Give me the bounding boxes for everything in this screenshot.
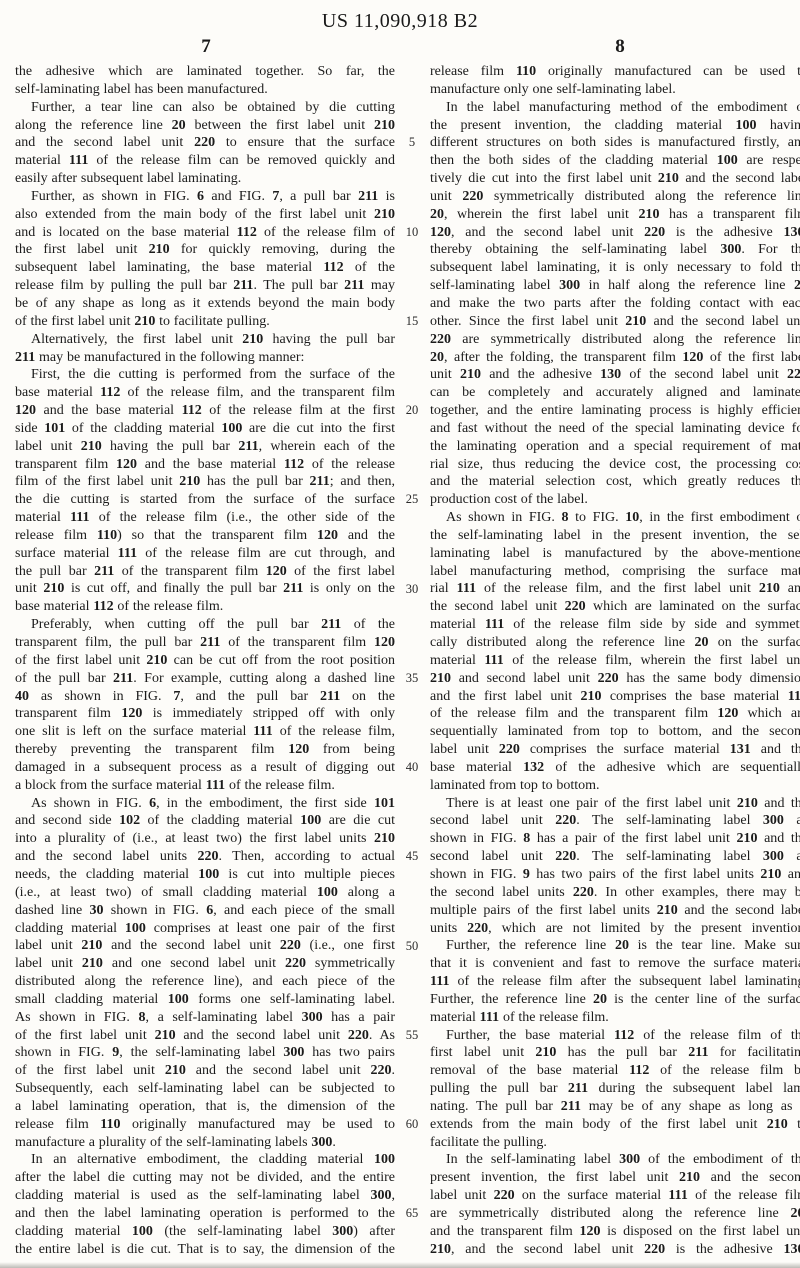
patent-page: US 11,090,918 B2 7 8 the adhesive which … — [0, 0, 800, 1268]
text-line: of the release film and the transparent … — [430, 705, 800, 723]
text-line: a block from the surface material 111 of… — [15, 777, 395, 795]
text-line: removal of the base material 112 of the … — [430, 1062, 800, 1080]
text-line: As shown in FIG. 6, in the embodiment, t… — [15, 795, 395, 813]
text-line: and second side 102 of the cladding mate… — [15, 812, 395, 830]
text-line: base material 132 of the adhesive which … — [430, 759, 800, 777]
gutter-line-number: 60 — [396, 1116, 428, 1134]
text-line: production cost of the label. — [430, 491, 800, 509]
text-line: unit 210 is cut off, and finally the pul… — [15, 580, 395, 598]
text-line: cally distributed along the reference li… — [430, 634, 800, 652]
text-line: subsequent label laminating, the base ma… — [15, 259, 395, 277]
gutter-line-number: 40 — [396, 759, 428, 777]
text-line: cladding material 100 (the self-laminati… — [15, 1223, 395, 1241]
text-line: together, and the entire laminating proc… — [430, 402, 800, 420]
text-line: be of any shape as long as it extends be… — [15, 295, 395, 313]
text-line: also extended from the main body of the … — [15, 206, 395, 224]
text-line: material 111 of the release film. — [430, 1009, 800, 1027]
text-line: Further, a tear line can also be obtaine… — [15, 99, 395, 117]
gutter-line-number: 5 — [396, 134, 428, 152]
text-line: a label laminating operation, that is, t… — [15, 1098, 395, 1116]
text-line: units 220, which are not limited by the … — [430, 920, 800, 938]
text-line: There is at least one pair of the first … — [430, 795, 800, 813]
text-line: In the label manufacturing method of the… — [430, 99, 800, 117]
text-line: present invention, the first label unit … — [430, 1169, 800, 1187]
text-line: other. Since the first label unit 210 an… — [430, 313, 800, 331]
scan-bottom-edge-shadow — [0, 1262, 800, 1268]
text-line: the second label unit 220 which are lami… — [430, 598, 800, 616]
text-line: rial size, thus reducing the device cost… — [430, 456, 800, 474]
text-line: then the both sides of the cladding mate… — [430, 152, 800, 170]
gutter-line-number: 45 — [396, 848, 428, 866]
text-line: facilitate the pulling. — [430, 1134, 800, 1152]
text-line: thereby preventing the transparent film … — [15, 741, 395, 759]
text-line: the entire label is die cut. That is to … — [15, 1241, 395, 1259]
text-line: label unit 220 on the surface material 1… — [430, 1187, 800, 1205]
text-line: rial 111 of the release film, and the fi… — [430, 580, 800, 598]
text-line: self-laminating label 300 in half along … — [430, 277, 800, 295]
text-line: label unit 210 and one second label unit… — [15, 955, 395, 973]
text-line: 120 and the base material 112 of the rel… — [15, 402, 395, 420]
text-line: First, the die cutting is performed from… — [15, 366, 395, 384]
text-line: are symmetrically distributed along the … — [430, 1205, 800, 1223]
text-line: unit 220 symmetrically distributed along… — [430, 188, 800, 206]
gutter-line-number: 20 — [396, 402, 428, 420]
text-line: the first label unit 210 for quickly rem… — [15, 241, 395, 259]
text-line: material 111 of the release film side by… — [430, 616, 800, 634]
text-line: and the first label unit 210 comprises t… — [430, 688, 800, 706]
text-line: Further, as shown in FIG. 6 and FIG. 7, … — [15, 188, 395, 206]
text-line: cladding material is used as the self-la… — [15, 1187, 395, 1205]
text-line: release film 110) so that the transparen… — [15, 527, 395, 545]
text-line: and fast without the need of the special… — [430, 420, 800, 438]
text-line: extends from the main body of the first … — [430, 1116, 800, 1134]
text-line: material 111 of the release film (i.e., … — [15, 509, 395, 527]
gutter-line-number: 30 — [396, 581, 428, 599]
gutter-line-number: 25 — [396, 491, 428, 509]
text-line: of the first label unit 210 and the seco… — [15, 1027, 395, 1045]
text-line: different structures on both sides is ma… — [430, 134, 800, 152]
text-line: label unit 210 and the second label unit… — [15, 937, 395, 955]
text-line: As shown in FIG. 8 to FIG. 10, in the fi… — [430, 509, 800, 527]
text-line: In an alternative embodiment, the claddi… — [15, 1151, 395, 1169]
text-line: release film 110 originally manufactured… — [15, 1116, 395, 1134]
text-line: Further, the reference line 20 is the te… — [430, 937, 800, 955]
text-line: the die cutting is started from the surf… — [15, 491, 395, 509]
text-line: Preferably, when cutting off the pull ba… — [15, 616, 395, 634]
text-line: 220 are symmetrically distributed along … — [430, 331, 800, 349]
text-line: release film by pulling the pull bar 211… — [15, 277, 395, 295]
text-line: and make the two parts after the folding… — [430, 295, 800, 313]
text-line: shown in FIG. 9, the self-laminating lab… — [15, 1044, 395, 1062]
text-line: and is located on the base material 112 … — [15, 224, 395, 242]
text-line: damaged in a subsequent process as a res… — [15, 759, 395, 777]
text-line: small cladding material 100 forms one se… — [15, 991, 395, 1009]
text-line: of the first label unit 210 and the seco… — [15, 1062, 395, 1080]
text-line: shown in FIG. 8 has a pair of the first … — [430, 830, 800, 848]
text-line: of the first label unit 210 to facilitat… — [15, 313, 395, 331]
text-line: transparent film, the pull bar 211 of th… — [15, 634, 395, 652]
text-line: transparent film 120 and the base materi… — [15, 456, 395, 474]
text-line: transparent film 120 is immediately stri… — [15, 705, 395, 723]
gutter-line-number: 55 — [396, 1027, 428, 1045]
text-line: release film 110 originally manufactured… — [430, 63, 800, 81]
text-line: manufacture a plurality of the self-lami… — [15, 1134, 395, 1152]
text-line: sequentially laminated from top to botto… — [430, 723, 800, 741]
text-line: can be completely and accurately aligned… — [430, 384, 800, 402]
text-line: 40 as shown in FIG. 7, and the pull bar … — [15, 688, 395, 706]
gutter-line-number: 15 — [396, 313, 428, 331]
text-line: laminated from top to bottom. — [430, 777, 800, 795]
text-line: of the first label unit 210 can be cut o… — [15, 652, 395, 670]
text-line: into a plurality of (i.e., at least two)… — [15, 830, 395, 848]
text-line: material 111 of the release film can be … — [15, 152, 395, 170]
text-line: 210 and second label unit 220 has the sa… — [430, 670, 800, 688]
patent-number-header: US 11,090,918 B2 — [0, 10, 800, 33]
text-line: needs, the cladding material 100 is cut … — [15, 866, 395, 884]
text-line: 111 of the release film after the subseq… — [430, 973, 800, 991]
text-line: 120, and the second label unit 220 is th… — [430, 224, 800, 242]
text-line: 211 may be manufactured in the following… — [15, 349, 395, 367]
text-line: the present invention, the cladding mate… — [430, 117, 800, 135]
text-line: label unit 210 having the pull bar 211, … — [15, 438, 395, 456]
text-line: (i.e., at least two) of small cladding m… — [15, 884, 395, 902]
text-line: distributed along the reference line), a… — [15, 973, 395, 991]
text-line: surface material 111 of the release film… — [15, 545, 395, 563]
text-line: material 111 of the release film, wherei… — [430, 652, 800, 670]
text-line: Further, the reference line 20 is the ce… — [430, 991, 800, 1009]
gutter-line-number: 50 — [396, 938, 428, 956]
text-line: the second label units 220. In other exa… — [430, 884, 800, 902]
left-text-column: the adhesive which are laminated togethe… — [15, 63, 395, 1259]
text-line: and then the label laminating operation … — [15, 1205, 395, 1223]
text-line: 20, after the folding, the transparent f… — [430, 349, 800, 367]
text-line: Subsequently, each self-laminating label… — [15, 1080, 395, 1098]
text-line: the self-laminating label in the present… — [430, 527, 800, 545]
text-line: shown in FIG. 9 has two pairs of the fir… — [430, 866, 800, 884]
text-line: and the second label units 220. Then, ac… — [15, 848, 395, 866]
gutter-line-number: 35 — [396, 670, 428, 688]
text-line: label manufacturing method, comprising t… — [430, 563, 800, 581]
text-line: unit 210 and the adhesive 130 of the sec… — [430, 366, 800, 384]
text-line: nating. The pull bar 211 may be of any s… — [430, 1098, 800, 1116]
text-line: 210, and the second label unit 220 is th… — [430, 1241, 800, 1259]
text-line: 20, wherein the first label unit 210 has… — [430, 206, 800, 224]
text-line: easily after subsequent label laminating… — [15, 170, 395, 188]
text-line: dashed line 30 shown in FIG. 6, and each… — [15, 902, 395, 920]
text-line: cladding material 100 comprises at least… — [15, 920, 395, 938]
text-line: second label unit 220. The self-laminati… — [430, 812, 800, 830]
text-line: first label unit 210 has the pull bar 21… — [430, 1044, 800, 1062]
text-line: manufacture only one self-laminating lab… — [430, 81, 800, 99]
gutter-line-number: 10 — [396, 224, 428, 242]
line-number-gutter: 5101520253035404550556065 — [396, 63, 428, 1263]
text-line: along the reference line 20 between the … — [15, 117, 395, 135]
text-line: multiple pairs of the first label units … — [430, 902, 800, 920]
text-line: second label unit 220. The self-laminati… — [430, 848, 800, 866]
text-line: Alternatively, the first label unit 210 … — [15, 331, 395, 349]
text-line: self-laminating label has been manufactu… — [15, 81, 395, 99]
text-line: one slit is left on the surface material… — [15, 723, 395, 741]
text-line: subsequent label laminating, it is only … — [430, 259, 800, 277]
text-line: of the pull bar 211. For example, cuttin… — [15, 670, 395, 688]
text-line: laminating label is manufactured by the … — [430, 545, 800, 563]
column-page-number-8: 8 — [590, 36, 650, 58]
text-line: the adhesive which are laminated togethe… — [15, 63, 395, 81]
text-line: after the label die cutting may not be d… — [15, 1169, 395, 1187]
text-line: base material 112 of the release film. — [15, 598, 395, 616]
column-page-number-7: 7 — [176, 36, 236, 58]
text-line: pulling the pull bar 211 during the subs… — [430, 1080, 800, 1098]
text-line: film of the first label unit 210 has the… — [15, 473, 395, 491]
text-line: label unit 220 comprises the surface mat… — [430, 741, 800, 759]
text-line: and the transparent film 120 is disposed… — [430, 1223, 800, 1241]
text-line: the laminating operation and a special r… — [430, 438, 800, 456]
text-line: As shown in FIG. 8, a self-laminating la… — [15, 1009, 395, 1027]
right-text-column: release film 110 originally manufactured… — [430, 63, 800, 1259]
text-line: In the self-laminating label 300 of the … — [430, 1151, 800, 1169]
gutter-line-number: 65 — [396, 1205, 428, 1223]
text-line: and the material selection cost, which g… — [430, 473, 800, 491]
text-line: side 101 of the cladding material 100 ar… — [15, 420, 395, 438]
text-line: Further, the base material 112 of the re… — [430, 1027, 800, 1045]
text-line: that it is convenient and fast to remove… — [430, 955, 800, 973]
text-line: the pull bar 211 of the transparent film… — [15, 563, 395, 581]
text-line: and the second label unit 220 to ensure … — [15, 134, 395, 152]
text-line: base material 112 of the release film, a… — [15, 384, 395, 402]
text-line: tively die cut into the first label unit… — [430, 170, 800, 188]
text-line: thereby obtaining the self-laminating la… — [430, 241, 800, 259]
